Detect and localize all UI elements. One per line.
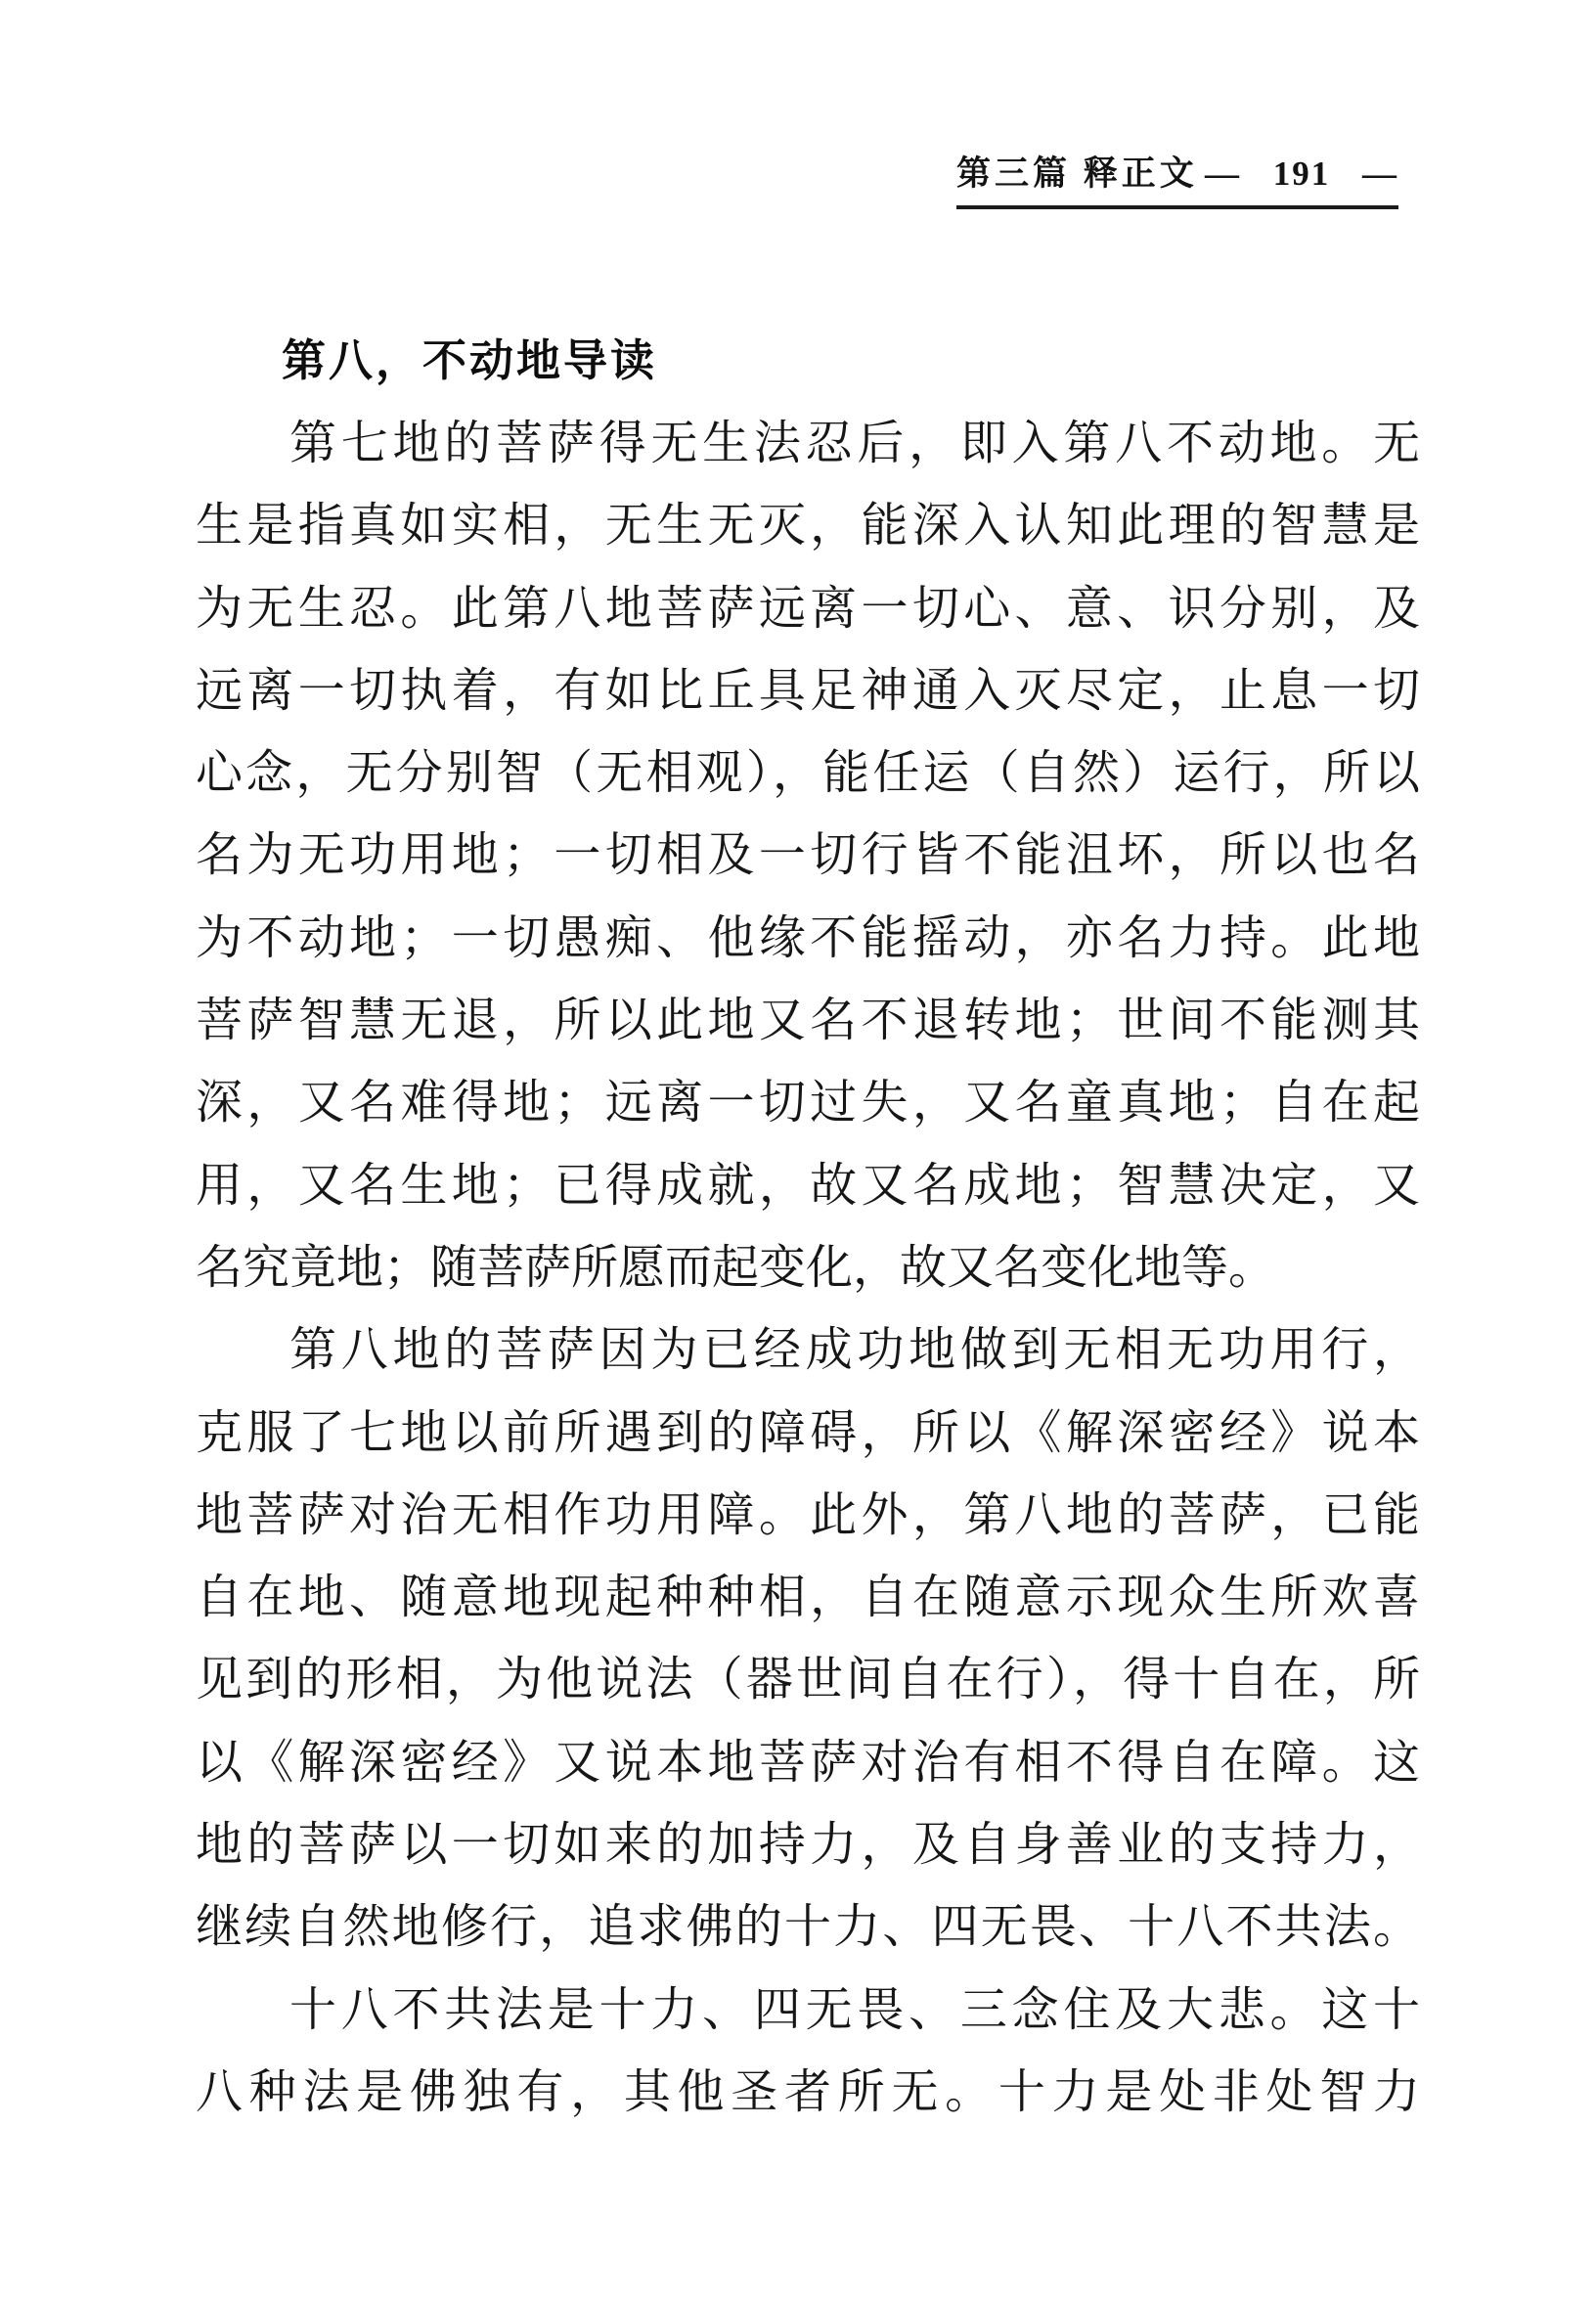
- text-line: 自在地、随意地现起种种相，自在随意示现众生所欢喜: [196, 1557, 1420, 1639]
- running-header: 第三篇 释正文 — 191 —: [956, 147, 1398, 209]
- text-line: 为不动地；一切愚痴、他缘不能摇动，亦名力持。此地: [196, 898, 1420, 980]
- section-title: 第八，不动地导读: [282, 325, 657, 388]
- text-line: 第八地的菩萨因为已经成功地做到无相无功用行，: [196, 1309, 1420, 1392]
- text-line: 地菩萨对治无相作功用障。此外，第八地的菩萨，已能: [196, 1475, 1420, 1557]
- book-page: 第三篇 释正文 — 191 — 第八，不动地导读 第七地的菩萨得无生法忍后，即入…: [0, 0, 1596, 2303]
- text-line: 以《解深密经》又说本地菩萨对治有相不得自在障。这: [196, 1722, 1420, 1804]
- text-line: 生是指真如实相，无生无灭，能深入认知此理的智慧是: [196, 485, 1420, 567]
- body-text: 第七地的菩萨得无生法忍后，即入第八不动地。无生是指真如实相，无生无灭，能深入认知…: [196, 403, 1420, 2134]
- text-line: 十八不共法是十力、四无畏、三念住及大悲。这十: [196, 1970, 1420, 2052]
- text-line: 继续自然地修行，追求佛的十力、四无畏、十八不共法。: [196, 1886, 1420, 1969]
- text-line: 名为无功用地；一切相及一切行皆不能沮坏，所以也名: [196, 815, 1420, 897]
- text-line: 地的菩萨以一切如来的加持力，及自身善业的支持力，: [196, 1804, 1420, 1886]
- text-line: 用，又名生地；已得成就，故又名成地；智慧决定，又: [196, 1145, 1420, 1227]
- text-line: 克服了七地以前所遇到的障碍，所以《解深密经》说本: [196, 1393, 1420, 1475]
- text-line: 菩萨智慧无退，所以此地又名不退转地；世间不能测其: [196, 980, 1420, 1062]
- header-section-label: 第三篇 释正文: [956, 147, 1198, 196]
- text-line: 第七地的菩萨得无生法忍后，即入第八不动地。无: [196, 403, 1420, 485]
- text-line: 心念，无分别智（无相观），能任运（自然）运行，所以: [196, 732, 1420, 815]
- text-line: 八种法是佛独有，其他圣者所无。十力是处非处智力: [196, 2052, 1420, 2134]
- text-line: 为无生忍。此第八地菩萨远离一切心、意、识分别，及: [196, 568, 1420, 650]
- text-line: 见到的形相，为他说法（器世间自在行），得十自在，所: [196, 1639, 1420, 1721]
- header-page-number: — 191 —: [1205, 155, 1398, 194]
- text-line: 深，又名难得地；远离一切过失，又名童真地；自在起: [196, 1062, 1420, 1144]
- text-line: 名究竟地；随菩萨所愿而起变化，故又名变化地等。: [196, 1227, 1420, 1309]
- text-line: 远离一切执着，有如比丘具足神通入灭尽定，止息一切: [196, 650, 1420, 732]
